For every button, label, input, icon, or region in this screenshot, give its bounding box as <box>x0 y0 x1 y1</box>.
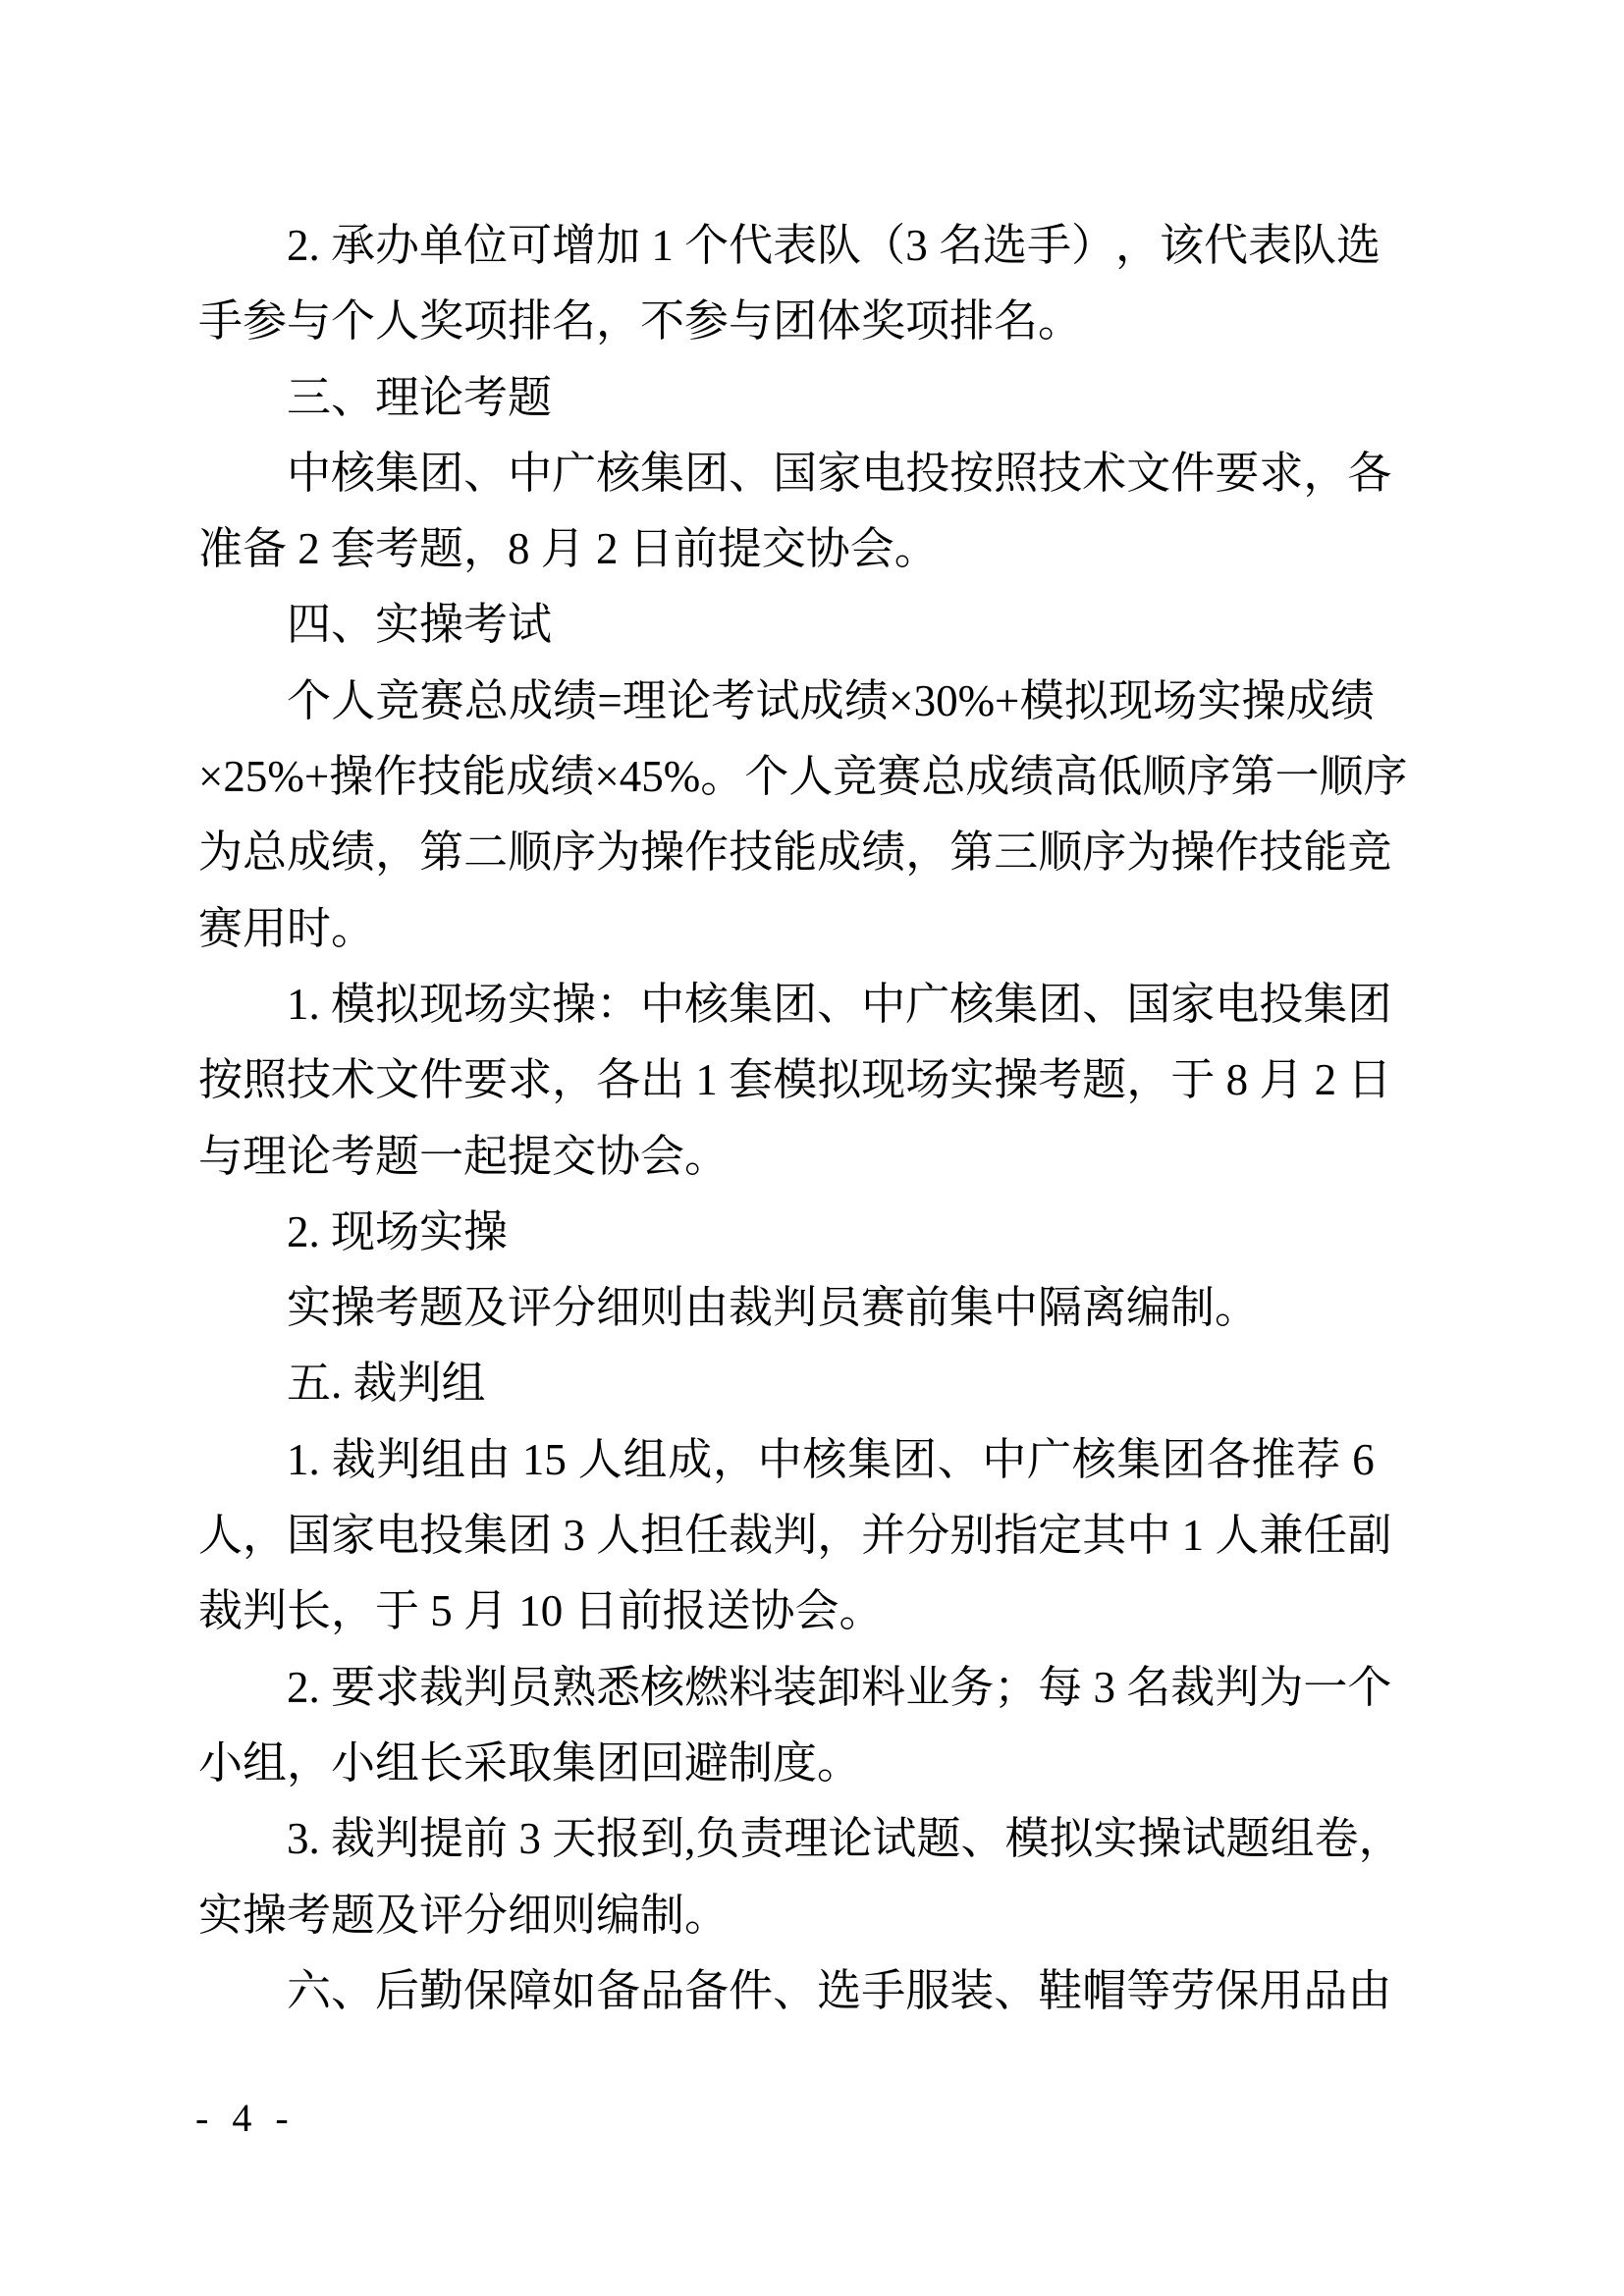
char-token: 操 <box>329 739 373 815</box>
char-token: 竞 <box>375 664 419 739</box>
text-line: 与理论考题一起提交协会。 <box>198 1119 1375 1195</box>
char-token: 员 <box>508 1650 552 1726</box>
char-token: 3 <box>905 208 939 284</box>
char-token: 天 <box>552 1801 596 1877</box>
char-token: 25%+ <box>223 739 329 815</box>
char-token: 中 <box>861 967 905 1042</box>
char-token: 劳 <box>1170 1953 1215 2029</box>
char-token: 按 <box>949 436 994 511</box>
char-token: 试 <box>755 664 799 739</box>
char-token: 为 <box>596 815 640 890</box>
char-token: 、 <box>960 1801 1004 1877</box>
char-token: 1 <box>684 1042 729 1118</box>
char-token: 实 <box>1094 1801 1138 1877</box>
char-token: 团 <box>1162 1422 1206 1498</box>
char-token: 位 <box>463 208 508 284</box>
char-token: 第 <box>419 815 463 890</box>
char-token: 集 <box>463 1498 508 1574</box>
char-token: 成 <box>800 664 844 739</box>
char-token: 试 <box>872 1801 916 1877</box>
char-token: 核 <box>331 436 375 511</box>
char-token: 担 <box>640 1498 684 1574</box>
char-token: 人 <box>1215 1498 1259 1574</box>
char-token: 3. <box>287 1801 331 1877</box>
char-token: 3 <box>552 1498 596 1574</box>
char-token: 服 <box>905 1953 949 2029</box>
char-token: 组 <box>421 1422 465 1498</box>
char-token: , <box>684 1801 695 1877</box>
char-token: 荐 <box>1296 1422 1340 1498</box>
char-token: 投 <box>905 436 949 511</box>
char-token: 文 <box>1126 436 1170 511</box>
char-token: 为 <box>1126 815 1170 890</box>
char-token: 能 <box>1303 815 1347 890</box>
char-token: 作 <box>1215 815 1259 890</box>
char-token: 核 <box>684 967 729 1042</box>
char-token: 技 <box>287 1042 331 1118</box>
char-token: 序 <box>1082 815 1126 890</box>
char-token: 电 <box>375 1498 419 1574</box>
char-token: 裁 <box>1170 1650 1215 1726</box>
char-token: 单 <box>419 208 463 284</box>
char-token: 国 <box>287 1498 331 1574</box>
char-token: 模 <box>331 967 375 1042</box>
char-token: 集 <box>729 967 773 1042</box>
char-token: 各 <box>596 1042 640 1118</box>
char-token: 顺 <box>1038 815 1082 890</box>
char-token: ， <box>817 1498 861 1574</box>
char-token: 能 <box>773 815 817 890</box>
char-token: 业 <box>905 1650 949 1726</box>
char-token: 试 <box>1182 1801 1226 1877</box>
char-token: 月 <box>1259 1042 1303 1118</box>
char-token: ， <box>713 1422 757 1498</box>
char-token: 推 <box>1252 1422 1296 1498</box>
text-line: 个人竞赛总成绩=理论考试成绩×30%+模拟现场实操成绩 <box>198 664 1375 739</box>
char-token: 二 <box>463 815 508 890</box>
document-page: 2. 承办单位可增加 1 个代表队（3 名选手），该代表队选手参与个人奖项排名，… <box>0 0 1624 2296</box>
char-token: 裁 <box>331 1801 375 1877</box>
char-token: 燃 <box>684 1650 729 1726</box>
char-token: 备 <box>684 1953 729 2029</box>
char-token: 裁 <box>332 1422 376 1498</box>
char-token: 集 <box>375 436 419 511</box>
text-line: 1. 模拟现场实操：中核集团、中广核集团、国家电投集团 <box>198 967 1375 1042</box>
char-token: 绩 <box>1330 664 1375 739</box>
char-token: 如 <box>552 1953 596 2029</box>
char-token: 件 <box>1170 436 1215 511</box>
char-token: 绩 <box>861 815 905 890</box>
char-token: 核 <box>802 1422 846 1498</box>
char-token: 品 <box>1303 1953 1347 2029</box>
text-line: 人，国家电投集团 3 人担任裁判，并分别指定其中 1 人兼任副 <box>198 1498 1375 1574</box>
char-token: 求 <box>508 1042 552 1118</box>
char-token: 承 <box>331 208 375 284</box>
char-token: 到 <box>640 1801 684 1877</box>
char-token: 成 <box>287 815 331 890</box>
text-line: 2. 现场实操 <box>198 1195 1375 1270</box>
char-token: 人 <box>578 1422 623 1498</box>
char-token: 个 <box>684 208 729 284</box>
char-token: 绩 <box>844 664 889 739</box>
char-token: 2. <box>287 208 331 284</box>
page-number: - 4 - <box>195 2091 289 2146</box>
char-token: 成 <box>1286 664 1330 739</box>
char-token: 分 <box>905 1498 949 1574</box>
char-token: 家 <box>331 1498 375 1574</box>
char-token: 照 <box>243 1042 287 1118</box>
char-token: 操 <box>1170 815 1215 890</box>
char-token: 绩 <box>1009 739 1054 815</box>
char-token: 拟 <box>1049 1801 1093 1877</box>
char-token: 、 <box>463 436 508 511</box>
char-token: 投 <box>419 1498 463 1574</box>
char-token: 顺 <box>1319 739 1363 815</box>
char-token: 个 <box>1347 1650 1391 1726</box>
char-token: 考 <box>711 664 755 739</box>
char-token: 考 <box>1038 1042 1082 1118</box>
text-line: 3. 裁判提前 3 天报到,负责理论试题、模拟实操试题组卷， <box>198 1801 1375 1877</box>
char-token: 、 <box>331 1953 375 2029</box>
char-token: 集 <box>1116 1422 1161 1498</box>
char-token: 作 <box>373 739 417 815</box>
char-token: 中 <box>758 1422 802 1498</box>
char-token: 技 <box>1259 815 1303 890</box>
char-token: 由 <box>466 1422 511 1498</box>
char-token: ， <box>243 1498 287 1574</box>
char-token: 30%+ <box>914 664 1020 739</box>
char-token: 各 <box>1207 1422 1251 1498</box>
char-token: 卸 <box>817 1650 861 1726</box>
char-token: 成 <box>506 739 550 815</box>
char-token: 模 <box>1004 1801 1049 1877</box>
char-token: 绩 <box>550 739 594 815</box>
char-token: 术 <box>1082 436 1126 511</box>
char-token: 低 <box>1098 739 1142 815</box>
char-token: 顺 <box>1142 739 1186 815</box>
char-token: 场 <box>905 1042 949 1118</box>
char-token: 拟 <box>375 967 419 1042</box>
char-token: 绩 <box>331 815 375 890</box>
char-token: 保 <box>463 1953 508 2029</box>
char-token: 场 <box>463 967 508 1042</box>
char-token: 一 <box>1303 1650 1347 1726</box>
char-token: 核 <box>1072 1422 1116 1498</box>
char-token: 别 <box>949 1498 994 1574</box>
char-token: 该 <box>1160 208 1204 284</box>
char-token: × <box>594 739 619 815</box>
char-token: 成 <box>509 664 553 739</box>
char-token: 绩 <box>553 664 597 739</box>
text-line: ×25%+操作技能成绩×45%。个人竞赛总成绩高低顺序第一顺序 <box>198 739 1375 815</box>
char-token: 为 <box>198 815 243 890</box>
char-token: 总 <box>464 664 509 739</box>
char-token: 术 <box>331 1042 375 1118</box>
char-token: 中 <box>508 436 552 511</box>
char-token: 备 <box>596 1953 640 2029</box>
char-token: 兼 <box>1259 1498 1303 1574</box>
char-token: 加 <box>596 208 640 284</box>
char-token: 名 <box>939 208 983 284</box>
char-token: 操 <box>994 1042 1038 1118</box>
char-token: 出 <box>640 1042 684 1118</box>
char-token: 文 <box>375 1042 419 1118</box>
text-line: 小组，小组长采取集团回避制度。 <box>198 1726 1375 1801</box>
char-token: 序 <box>1186 739 1230 815</box>
char-token: 并 <box>861 1498 905 1574</box>
char-token: 、 <box>817 967 861 1042</box>
text-line: 四、实操考试 <box>198 587 1375 663</box>
char-token: 赛 <box>420 664 464 739</box>
char-token: 第 <box>1230 739 1274 815</box>
char-token: 广 <box>552 436 596 511</box>
text-line: 2. 要求裁判员熟悉核燃料装卸料业务；每 3 名裁判为一个 <box>198 1650 1375 1726</box>
char-token: ： <box>596 967 640 1042</box>
char-token: 人 <box>788 739 833 815</box>
char-token: ， <box>1303 436 1347 511</box>
char-token: ， <box>375 815 419 890</box>
char-token: 拟 <box>1064 664 1109 739</box>
char-token: 模 <box>1020 664 1064 739</box>
char-token: 组 <box>623 1422 668 1498</box>
char-token: 表 <box>1248 208 1292 284</box>
char-token: 作 <box>684 815 729 890</box>
char-token: × <box>889 664 913 739</box>
char-token: 手 <box>861 1953 905 2029</box>
char-token: 1. <box>287 1422 331 1498</box>
char-token: 核 <box>640 1650 684 1726</box>
text-line: 赛用时。 <box>198 891 1375 967</box>
char-token: 技 <box>729 815 773 890</box>
char-token: 前 <box>463 1801 508 1877</box>
char-token: 题 <box>1082 1042 1126 1118</box>
char-token: 45% <box>620 739 701 815</box>
char-token: 六 <box>287 1953 331 2029</box>
text-line: 裁判长，于 5 月 10 日前报送协会。 <box>198 1574 1375 1649</box>
char-token: 国 <box>773 436 817 511</box>
char-token: 家 <box>817 436 861 511</box>
char-token: 广 <box>1027 1422 1071 1498</box>
char-token: 照 <box>994 436 1038 511</box>
char-token: 判 <box>463 1650 508 1726</box>
char-token: 核 <box>949 967 994 1042</box>
char-token: 指 <box>994 1498 1038 1574</box>
char-token: 要 <box>331 1650 375 1726</box>
char-token: 6 <box>1341 1422 1375 1498</box>
char-token: 模 <box>773 1042 817 1118</box>
char-token: 国 <box>1126 967 1170 1042</box>
document-body: 2. 承办单位可增加 1 个代表队（3 名选手），该代表队选手参与个人奖项排名，… <box>198 208 1375 2029</box>
char-token: 能 <box>461 739 506 815</box>
char-token: 勤 <box>419 1953 463 2029</box>
char-token: 装 <box>949 1953 994 2029</box>
char-token: 要 <box>463 1042 508 1118</box>
char-token: 15 <box>512 1422 578 1498</box>
char-token: 队 <box>817 208 861 284</box>
char-token: 卷 <box>1315 1801 1359 1877</box>
char-token: 一 <box>1274 739 1319 815</box>
char-token: 实 <box>508 967 552 1042</box>
char-token: 2. <box>287 1650 331 1726</box>
char-token: 队 <box>1292 208 1336 284</box>
text-line: 实操考题及评分细则由裁判员赛前集中隔离编制。 <box>198 1270 1375 1346</box>
char-token: 套 <box>729 1042 773 1118</box>
char-token: 、 <box>773 1953 817 2029</box>
char-token: 负 <box>695 1801 739 1877</box>
char-token: 组 <box>1271 1801 1315 1877</box>
char-token: 三 <box>994 815 1038 890</box>
text-line: 1. 裁判组由 15 人组成，中核集团、中广核集团各推荐 6 <box>198 1422 1375 1498</box>
char-token: 各 <box>1347 436 1391 511</box>
char-token: 用 <box>1259 1953 1303 2029</box>
text-line: 为总成绩，第二顺序为操作技能成绩，第三顺序为操作技能竞 <box>198 815 1375 890</box>
char-token: 集 <box>994 967 1038 1042</box>
char-token: 实 <box>1197 664 1241 739</box>
char-token: 每 <box>1038 1650 1082 1726</box>
text-line: 三、理论考题 <box>198 360 1375 436</box>
char-token: 、 <box>994 1953 1038 2029</box>
char-token: 选 <box>983 208 1027 284</box>
char-token: 操 <box>1242 664 1286 739</box>
char-token: 选 <box>1336 208 1380 284</box>
char-token: 技 <box>1038 436 1082 511</box>
char-token: ， <box>552 1042 596 1118</box>
char-token: 1. <box>287 967 331 1042</box>
char-token: 人 <box>331 664 375 739</box>
char-token: 由 <box>1347 1953 1391 2029</box>
char-token: 日 <box>1347 1042 1391 1118</box>
char-token: ） <box>1071 208 1115 284</box>
char-token: 人 <box>596 1498 640 1574</box>
char-token: 题 <box>1226 1801 1271 1877</box>
char-token: 障 <box>508 1953 552 2029</box>
char-token: 实 <box>949 1042 994 1118</box>
char-token: ； <box>994 1650 1038 1726</box>
char-token: 集 <box>1303 967 1347 1042</box>
char-token: 提 <box>419 1801 463 1877</box>
char-token: 个 <box>744 739 788 815</box>
char-token: 人 <box>198 1498 243 1574</box>
char-token: 件 <box>729 1953 773 2029</box>
char-token: ， <box>1115 208 1160 284</box>
char-token: 报 <box>596 1801 640 1877</box>
char-token: 团 <box>508 1498 552 1574</box>
char-token: 现 <box>419 967 463 1042</box>
char-token: 悉 <box>596 1650 640 1726</box>
char-token: 总 <box>921 739 965 815</box>
char-token: 家 <box>1170 967 1215 1042</box>
char-token: 技 <box>417 739 461 815</box>
text-line: 中核集团、中广核集团、国家电投按照技术文件要求，各 <box>198 436 1375 511</box>
char-token: 表 <box>773 208 817 284</box>
char-token: 等 <box>1126 1953 1170 2029</box>
char-token: 理 <box>784 1801 828 1877</box>
char-token: 、 <box>938 1422 982 1498</box>
text-line: 手参与个人奖项排名，不参与团体奖项排名。 <box>198 284 1375 359</box>
char-token: 代 <box>729 208 773 284</box>
char-token: 责 <box>739 1801 784 1877</box>
text-line: 按照技术文件要求，各出 1 套模拟现场实操考题，于 8 月 2 日 <box>198 1042 1375 1118</box>
char-token: 名 <box>1126 1650 1170 1726</box>
char-token: ， <box>1126 1042 1170 1118</box>
char-token: 高 <box>1054 739 1098 815</box>
char-token: 竞 <box>833 739 877 815</box>
char-token: 电 <box>861 436 905 511</box>
char-token: 裁 <box>729 1498 773 1574</box>
char-token: 料 <box>729 1650 773 1726</box>
char-token: 第 <box>949 815 994 890</box>
char-token: 操 <box>552 967 596 1042</box>
char-token: 团 <box>1347 967 1391 1042</box>
char-token: 现 <box>861 1042 905 1118</box>
char-token: 集 <box>640 436 684 511</box>
char-token: 顺 <box>508 815 552 890</box>
char-token: 1 <box>640 208 684 284</box>
char-token: 帽 <box>1082 1953 1126 2029</box>
char-token: 裁 <box>419 1650 463 1726</box>
char-token: 判 <box>1215 1650 1259 1726</box>
char-token: 后 <box>375 1953 419 2029</box>
char-token: 务 <box>949 1650 994 1726</box>
char-token: 求 <box>375 1650 419 1726</box>
char-token: 个 <box>287 664 331 739</box>
text-line: 2. 承办单位可增加 1 个代表队（3 名选手），该代表队选 <box>198 208 1375 284</box>
char-token: 按 <box>198 1042 243 1118</box>
char-token: 成 <box>668 1422 712 1498</box>
char-token: = <box>597 664 622 739</box>
char-token: 团 <box>773 967 817 1042</box>
char-token: × <box>198 739 223 815</box>
char-token: 核 <box>596 436 640 511</box>
char-token: 理 <box>623 664 667 739</box>
text-line: 准备 2 套考题，8 月 2 日前提交协会。 <box>198 511 1375 587</box>
char-token: 操 <box>640 815 684 890</box>
char-token: 团 <box>893 1422 937 1498</box>
char-token: 序 <box>552 815 596 890</box>
char-token: 品 <box>640 1953 684 2029</box>
char-token: 判 <box>376 1422 420 1498</box>
char-token: 判 <box>375 1801 419 1877</box>
char-token: 团 <box>684 436 729 511</box>
text-line: 实操考题及评分细则编制。 <box>198 1878 1375 1953</box>
char-token: 投 <box>1259 967 1303 1042</box>
char-token: 中 <box>982 1422 1026 1498</box>
char-token: 论 <box>667 664 711 739</box>
char-token: 手 <box>1027 208 1071 284</box>
char-token: 2 <box>1303 1042 1347 1118</box>
char-token: 集 <box>847 1422 892 1498</box>
char-token: 赛 <box>877 739 921 815</box>
char-token: 场 <box>1153 664 1197 739</box>
char-token: 3 <box>1082 1650 1126 1726</box>
char-token: 3 <box>508 1801 552 1877</box>
char-token: 选 <box>817 1953 861 2029</box>
char-token: ， <box>1359 1801 1403 1877</box>
char-token: 于 <box>1170 1042 1215 1118</box>
char-token: 熟 <box>552 1650 596 1726</box>
char-token: 。 <box>700 739 744 815</box>
char-token: 保 <box>1215 1953 1259 2029</box>
char-token: 电 <box>1215 967 1259 1042</box>
char-token: 题 <box>916 1801 960 1877</box>
char-token: 增 <box>552 208 596 284</box>
char-token: 装 <box>773 1650 817 1726</box>
char-token: 办 <box>375 208 419 284</box>
char-token: 序 <box>1363 739 1407 815</box>
char-token: （ <box>861 208 905 284</box>
char-token: 副 <box>1347 1498 1391 1574</box>
char-token: 总 <box>243 815 287 890</box>
